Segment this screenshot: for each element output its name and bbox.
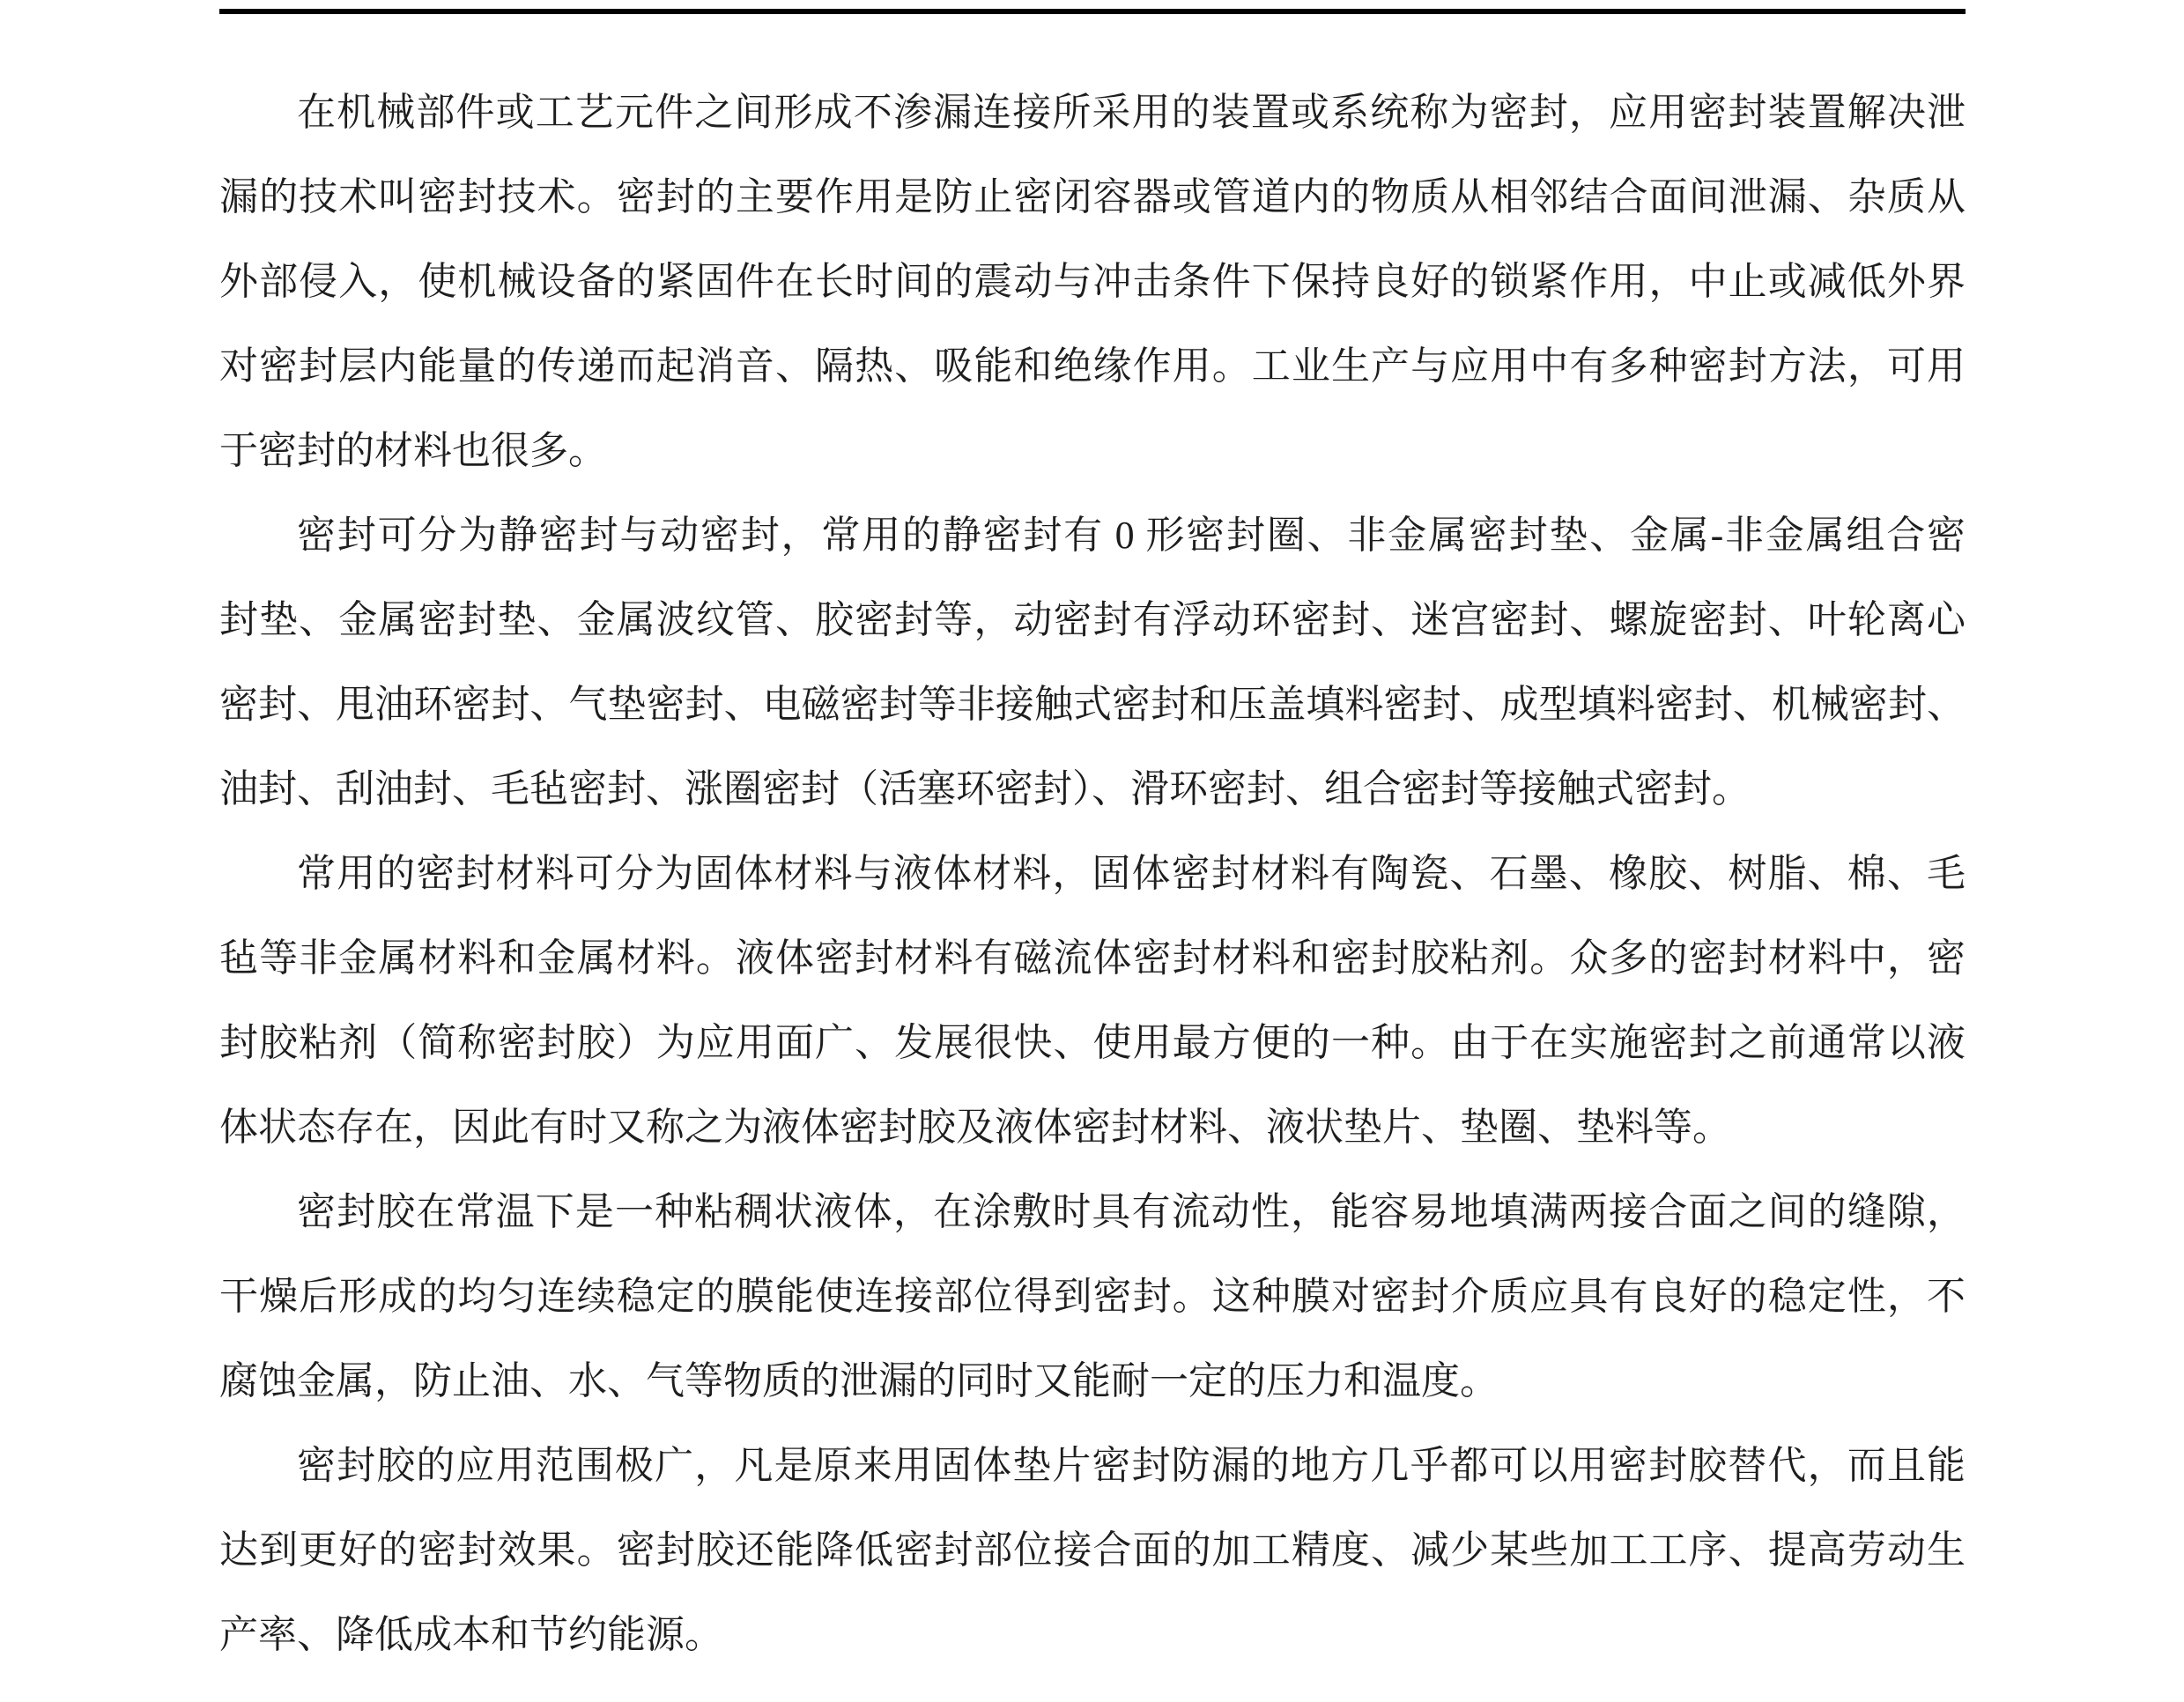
text-line: 密封可分为静密封与动密封，常用的静密封有 0 形密封圈、非金属密封垫、金属-非金… (219, 493, 1966, 578)
text-line: 腐蚀金属，防止油、水、气等物质的泄漏的同时又能耐一定的压力和温度。 (219, 1339, 1966, 1424)
paragraph: 密封胶的应用范围极广，凡是原来用固体垫片密封防漏的地方几乎都可以用密封胶替代，而… (219, 1424, 1966, 1677)
text-line: 外部侵入，使机械设备的紧固件在长时间的震动与冲击条件下保持良好的锁紧作用，中止或… (219, 240, 1966, 324)
paragraph: 常用的密封材料可分为固体材料与液体材料，固体密封材料有陶瓷、石墨、橡胶、树脂、棉… (219, 832, 1966, 1170)
document-page: 在机械部件或工艺元件之间形成不渗漏连接所采用的装置或系统称为密封，应用密封装置解… (0, 0, 2184, 1702)
paragraph: 密封胶在常温下是一种粘稠状液体，在涂敷时具有流动性，能容易地填满两接合面之间的缝… (219, 1170, 1966, 1424)
text-line: 对密封层内能量的传递而起消音、隔热、吸能和绝缘作用。工业生产与应用中有多种密封方… (219, 324, 1966, 409)
text-line: 漏的技术叫密封技术。密封的主要作用是防止密闭容器或管道内的物质从相邻结合面间泄漏… (219, 155, 1966, 240)
text-line: 密封胶的应用范围极广，凡是原来用固体垫片密封防漏的地方几乎都可以用密封胶替代，而… (219, 1424, 1966, 1508)
text-line: 密封、甩油环密封、气垫密封、电磁密封等非接触式密封和压盖填料密封、成型填料密封、… (219, 662, 1966, 747)
text-line: 毡等非金属材料和金属材料。液体密封材料有磁流体密封材料和密封胶粘剂。众多的密封材… (219, 916, 1966, 1001)
text-line: 在机械部件或工艺元件之间形成不渗漏连接所采用的装置或系统称为密封，应用密封装置解… (219, 70, 1966, 155)
header-rule (219, 9, 1966, 14)
text-line: 产率、降低成本和节约能源。 (219, 1593, 1966, 1677)
text-line: 体状态存在，因此有时又称之为液体密封胶及液体密封材料、液状垫片、垫圈、垫料等。 (219, 1085, 1966, 1170)
text-line: 达到更好的密封效果。密封胶还能降低密封部位接合面的加工精度、减少某些加工工序、提… (219, 1508, 1966, 1593)
text-line: 封垫、金属密封垫、金属波纹管、胶密封等，动密封有浮动环密封、迷宫密封、螺旋密封、… (219, 578, 1966, 662)
text-line: 干燥后形成的均匀连续稳定的膜能使连接部位得到密封。这种膜对密封介质应具有良好的稳… (219, 1254, 1966, 1339)
paragraph: 在机械部件或工艺元件之间形成不渗漏连接所采用的装置或系统称为密封，应用密封装置解… (219, 70, 1966, 493)
text-line: 封胶粘剂（简称密封胶）为应用面广、发展很快、使用最方便的一种。由于在实施密封之前… (219, 1001, 1966, 1085)
document-body: 在机械部件或工艺元件之间形成不渗漏连接所采用的装置或系统称为密封，应用密封装置解… (219, 70, 1966, 1677)
text-line: 油封、刮油封、毛毡密封、涨圈密封（活塞环密封）、滑环密封、组合密封等接触式密封。 (219, 747, 1966, 832)
text-line: 于密封的材料也很多。 (219, 409, 1966, 493)
text-line: 常用的密封材料可分为固体材料与液体材料，固体密封材料有陶瓷、石墨、橡胶、树脂、棉… (219, 832, 1966, 916)
text-line: 密封胶在常温下是一种粘稠状液体，在涂敷时具有流动性，能容易地填满两接合面之间的缝… (219, 1170, 1966, 1254)
paragraph: 密封可分为静密封与动密封，常用的静密封有 0 形密封圈、非金属密封垫、金属-非金… (219, 493, 1966, 832)
